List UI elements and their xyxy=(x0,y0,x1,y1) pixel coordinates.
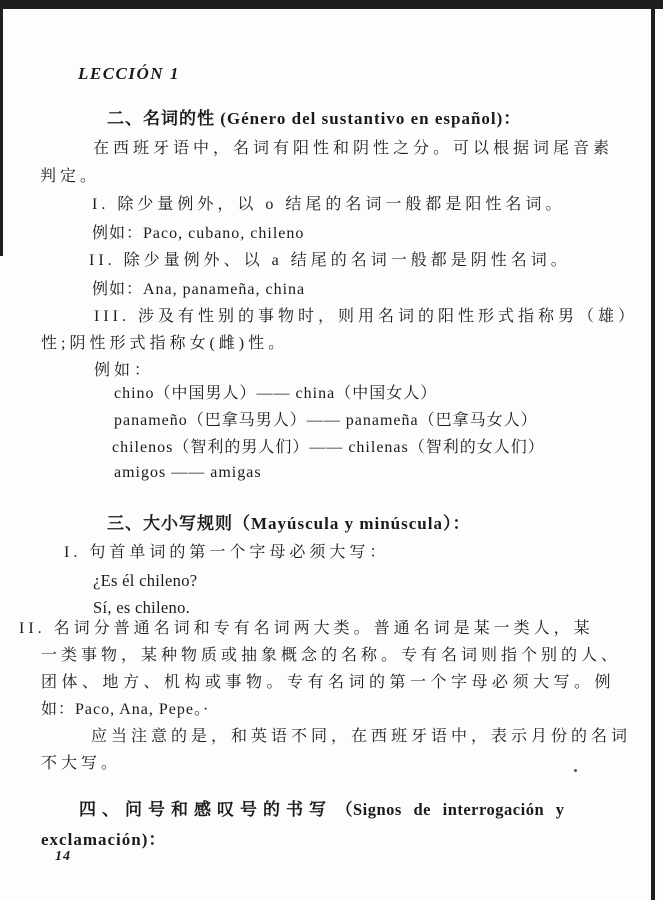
capitalization-rule1: I. 句首单词的第一个字母必须大写： xyxy=(64,543,389,563)
capitalization-note-line1: 应当注意的是，和英语不同，在西班牙语中，表示月份的名词 xyxy=(91,727,631,747)
gender-pair-amigos: amigos —— amigas xyxy=(114,463,262,483)
capitalization-example-question: ¿Es él chileno? xyxy=(93,571,197,591)
noun-gender-rule2-examples: 例如：Ana, panameña, china xyxy=(92,280,305,300)
scanned-textbook-page: LECCIÓN 1 二、名词的性 (Género del sustantivo … xyxy=(0,0,663,900)
gender-pair-panameno: panameño（巴拿马男人）—— panameña（巴拿马女人） xyxy=(114,411,538,431)
scan-border-top xyxy=(0,0,663,9)
section-capitalization-heading: 三、大小写规则（Mayúscula y minúscula）： xyxy=(107,514,470,534)
section-noun-gender-heading: 二、名词的性 (Género del sustantivo en español… xyxy=(107,109,521,129)
section-punctuation-heading-line1: 四、问号和感叹号的书写（Signos de interrogación y xyxy=(79,800,565,821)
punctuation-heading-chinese: 四、问号和感叹号的书写 xyxy=(79,800,332,819)
noun-gender-intro-line2: 判定。 xyxy=(40,167,100,187)
noun-gender-rule2: II. 除少量例外、以 a 结尾的名词一般都是阴性名词。 xyxy=(89,251,571,271)
capitalization-rule2-line4: 如：Paco, Ana, Pepe。· xyxy=(41,700,209,720)
noun-gender-intro-line1: 在西班牙语中，名词有阳性和阴性之分。可以根据词尾音素 xyxy=(93,139,613,159)
scan-border-right xyxy=(651,0,655,900)
scan-border-left xyxy=(0,0,3,256)
capitalization-rule2-line1: II. 名词分普通名词和专有名词两大类。普通名词是某一类人，某 xyxy=(19,619,594,639)
gender-pair-chino: chino（中国男人）—— china（中国女人） xyxy=(114,384,437,404)
noun-gender-rule3-line2: 性;阴性形式指称女(雌)性。 xyxy=(41,334,288,354)
capitalization-rule2-line2: 一类事物，某种物质或抽象概念的名称。专有名词则指个别的人、 xyxy=(41,646,621,666)
capitalization-example-answer: Sí, es chileno. xyxy=(93,598,190,618)
noun-gender-rule1-examples: 例如：Paco, cubano, chileno xyxy=(92,224,304,244)
scan-speck xyxy=(574,769,577,772)
capitalization-note-line2: 不大写。 xyxy=(41,754,121,774)
gender-pair-chilenos: chilenos（智利的男人们）—— chilenas（智利的女人们） xyxy=(112,438,545,458)
lesson-header: LECCIÓN 1 xyxy=(78,64,180,84)
noun-gender-rule1: I. 除少量例外，以 o 结尾的名词一般都是阳性名词。 xyxy=(92,195,565,215)
page-number: 14 xyxy=(55,847,71,867)
capitalization-rule2-line3: 团体、地方、机构或事物。专有名词的第一个字母必须大写。例 xyxy=(41,673,615,693)
noun-gender-rule3-line1: III. 涉及有性别的事物时，则用名词的阳性形式指称男（雄） xyxy=(94,307,638,327)
punctuation-heading-spanish: （Signos de interrogación y xyxy=(336,800,565,819)
noun-gender-examples-label: 例如： xyxy=(94,361,154,381)
